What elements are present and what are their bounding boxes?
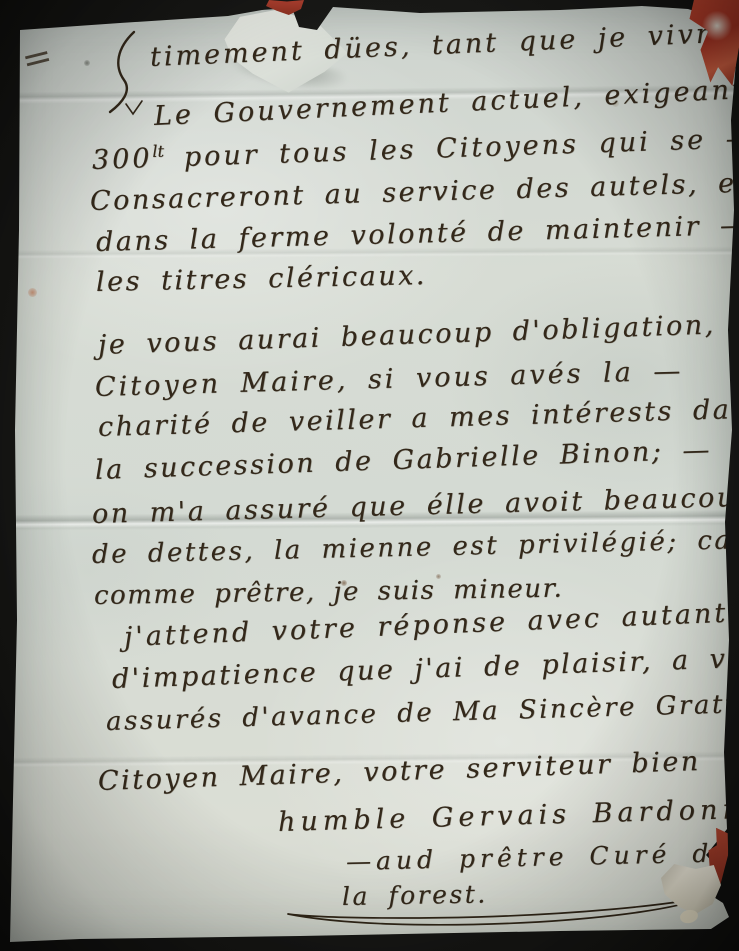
letter-scan: = timement dües, tant que je vivrai.Le G… [0, 0, 739, 951]
letter-line: Citoyen Maire, votre serviteur bien [97, 746, 701, 797]
letter-lines: timement dües, tant que je vivrai.Le Gou… [0, 0, 739, 951]
letter-line: on m'a assuré que élle avoit beaucoup [92, 482, 739, 530]
letter-line: les titres cléricaux. [96, 260, 427, 298]
letter-line: je vous aurai beaucoup d'obligation, [97, 310, 716, 361]
letter-paper: = timement dües, tant que je vivrai.Le G… [0, 0, 739, 951]
letter-line: humble Gervais Bardonn— [278, 793, 739, 838]
letter-line: la forest. [342, 879, 488, 911]
letter-line: d'impatience que j'ai de plaisir, a vous [111, 642, 739, 695]
letter-line: la succession de Gabrielle Binon; — [94, 435, 712, 486]
letter-line: —aud prêtre Curé de [346, 838, 734, 876]
letter-line: charité de veiller a mes intérests dans [98, 393, 739, 443]
letter-line: Consacreront au service des autels, est [90, 167, 739, 217]
letter-line: assurés d'avance de Ma Sincère Gratitude [106, 687, 739, 737]
letter-line: dans la ferme volonté de maintenir — [96, 210, 739, 258]
letter-line: de dettes, la mienne est privilégié; car… [92, 524, 739, 570]
letter-line: comme prêtre, je suis mineur. [94, 574, 564, 611]
letter-line: Citoyen Maire, si vous avés la — [95, 356, 684, 403]
letter-line: Le Gouvernement actuel, exigeant = [153, 72, 739, 132]
letter-line: timement dües, tant que je vivrai. [149, 17, 739, 73]
